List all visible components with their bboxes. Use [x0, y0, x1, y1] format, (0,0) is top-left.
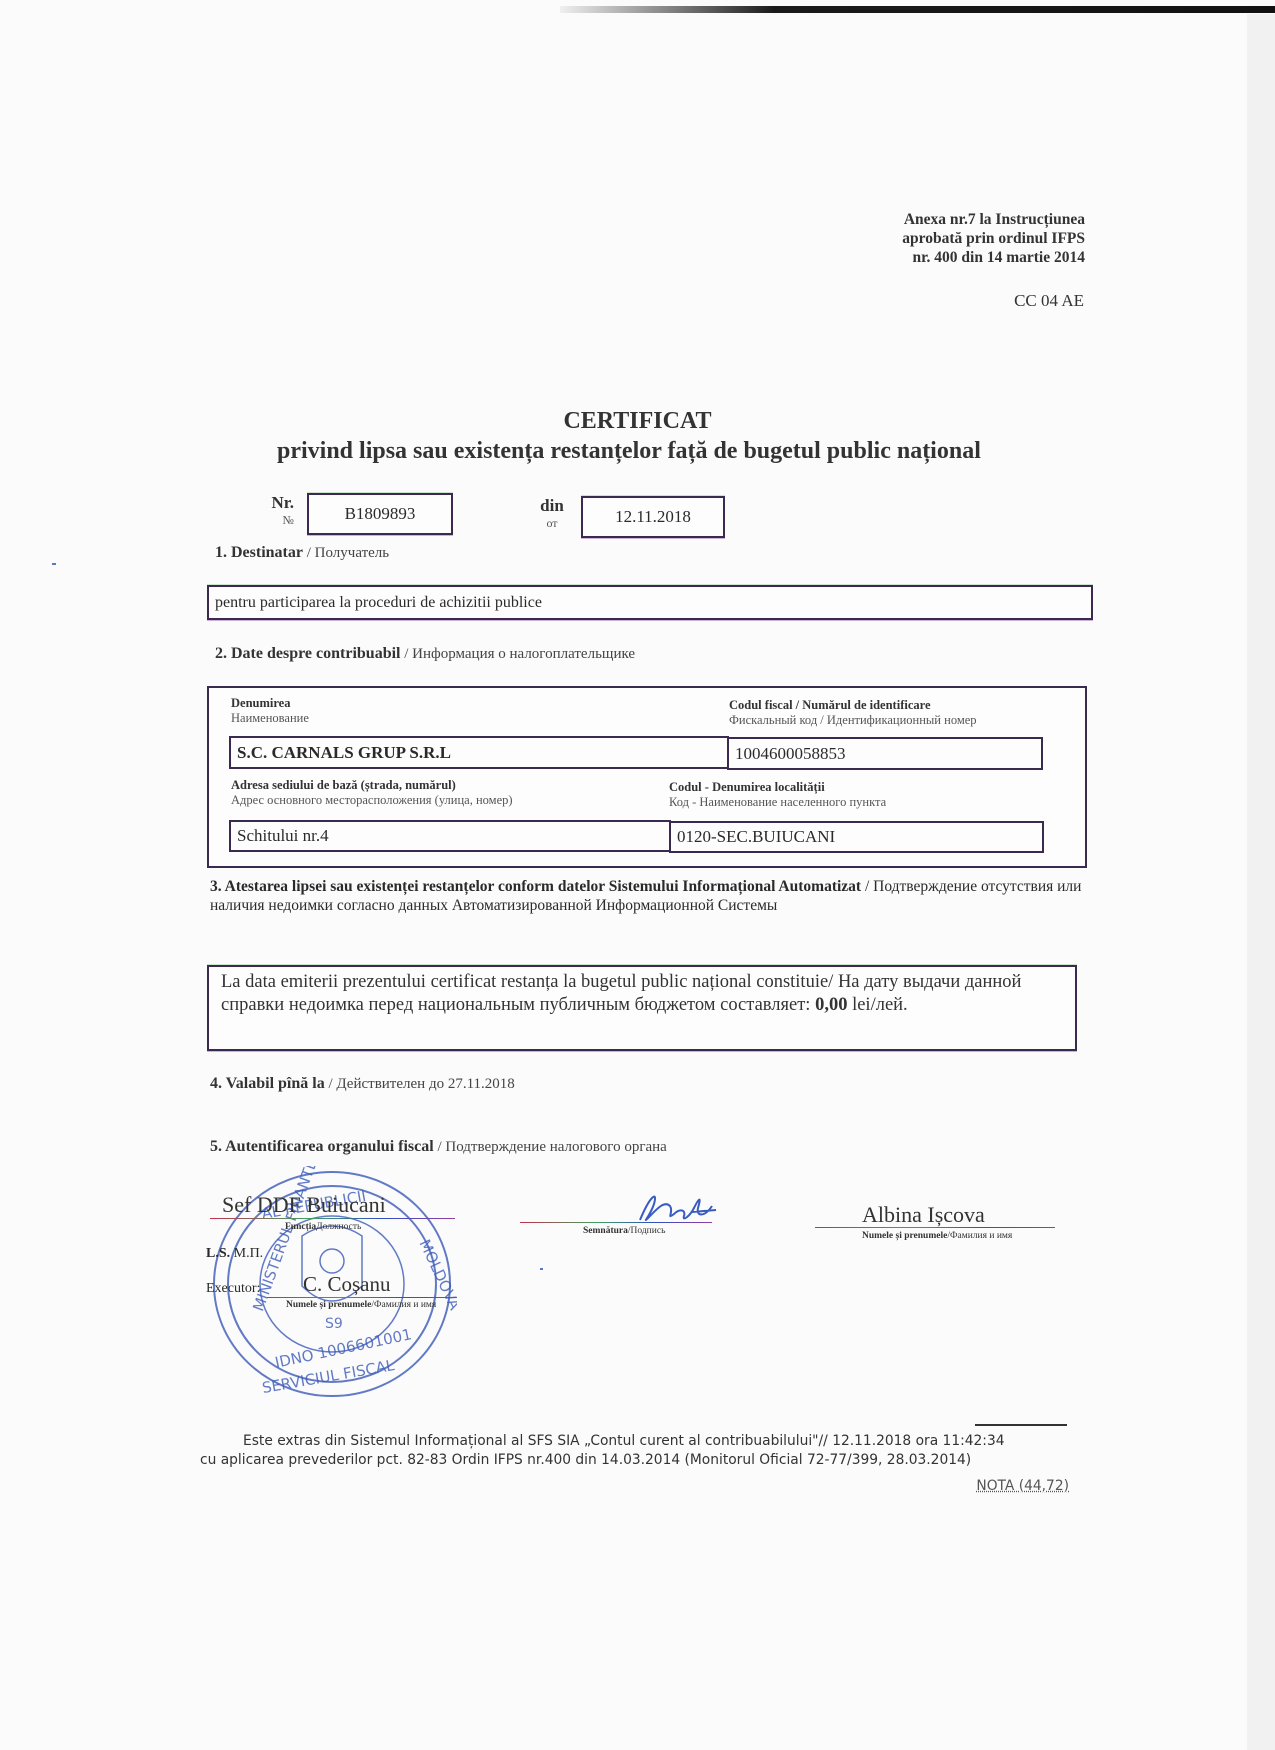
- certificate-date-field: 12.11.2018: [581, 496, 725, 538]
- arrears-amount: 0,00: [815, 995, 847, 1015]
- footer-extract-note: Este extras din Sistemul Informațional a…: [200, 1432, 1070, 1470]
- scan-margin: [1247, 14, 1275, 1750]
- official-name: Albina Ișcova: [862, 1202, 985, 1228]
- locality-label-ro: Codul - Denumirea localității: [669, 780, 886, 795]
- section-1-title-ru: / Получатель: [303, 545, 389, 561]
- section-3-title-ro: 3. Atestarea lipsei sau existenței resta…: [210, 878, 861, 895]
- official-name-line: [815, 1227, 1055, 1228]
- arrears-statement-box: La data emiterii prezentului certificat …: [207, 965, 1077, 1051]
- address-label-ru: Адрес основного месторасположения (улица…: [231, 793, 513, 808]
- number-label-ro: Nr.: [268, 493, 294, 513]
- signature-label: Semnătura/Подпись: [583, 1226, 665, 1236]
- name-label: Denumirea Наименование: [231, 696, 309, 726]
- executor-line: [267, 1297, 457, 1298]
- footer-line-1: Este extras din Sistemul Informațional a…: [200, 1432, 1070, 1451]
- annex-line-3: nr. 400 din 14 martie 2014: [902, 248, 1085, 267]
- document-title: CERTIFICAT: [0, 408, 1275, 435]
- section-2-title-ru: / Информация о налогоплательщике: [400, 646, 635, 662]
- certificate-number-field: B1809893: [307, 493, 453, 535]
- signature-label-ru: /Подпись: [628, 1226, 666, 1236]
- locality-label-ru: Код - Наименование населенного пункта: [669, 795, 886, 810]
- fiscal-code-field: 1004600058853: [727, 737, 1043, 770]
- seal-place-label: L.S. М.П.: [206, 1246, 263, 1262]
- scan-speck: [540, 1268, 543, 1270]
- section-5-title-ru: / Подтверждение налогового органа: [434, 1139, 667, 1155]
- section-4-validity: 4. Valabil pînă la / Действителен до 27.…: [210, 1075, 515, 1093]
- position-label-ru: Должность: [316, 1222, 361, 1232]
- fiscal-code-label: Codul fiscal / Numărul de identificare Ф…: [729, 698, 977, 728]
- official-name-label: Numele și prenumele/Фамилия и имя: [862, 1231, 1012, 1241]
- taxpayer-info-panel: Denumirea Наименование Codul fiscal / Nu…: [207, 686, 1087, 868]
- address-field: Schitului nr.4: [229, 820, 671, 852]
- executor-label: Executor:: [206, 1281, 260, 1297]
- executor-name-label: Numele și prenumele/Фамилия и имя: [286, 1300, 436, 1310]
- section-4-title-ru: / Действителен до 27.11.2018: [325, 1076, 515, 1092]
- executor-name-label-ru: /Фамилия и имя: [371, 1300, 436, 1310]
- name-label-ru: Наименование: [231, 711, 309, 726]
- ls-label: L.S.: [206, 1246, 230, 1261]
- fiscal-code-label-ro: Codul fiscal / Numărul de identificare: [729, 698, 977, 713]
- address-label-ro: Adresa sediului de bază (ștrada, numărul…: [231, 778, 513, 793]
- locality-label: Codul - Denumirea localității Код - Наим…: [669, 780, 886, 810]
- arrears-currency: lei/лей.: [847, 995, 907, 1015]
- fiscal-code-label-ru: Фискальный код / Идентификационный номер: [729, 713, 977, 728]
- official-name-label-ro: Numele și prenumele: [862, 1231, 947, 1241]
- section-2-title-ro: 2. Date despre contribuabil: [215, 645, 400, 662]
- form-code: CC 04 AE: [1014, 291, 1084, 311]
- annex-reference: Anexa nr.7 la Instrucțiunea aprobată pri…: [902, 210, 1085, 267]
- name-label-ro: Denumirea: [231, 696, 309, 711]
- section-1-title-ro: 1. Destinatar: [215, 544, 303, 561]
- annex-line-1: Anexa nr.7 la Instrucțiunea: [902, 210, 1085, 229]
- address-label: Adresa sediului de bază (ștrada, numărul…: [231, 778, 513, 808]
- signature-label-ro: Semnătura: [583, 1226, 628, 1236]
- number-label: Nr. №: [268, 493, 294, 528]
- section-3-heading: 3. Atestarea lipsei sau existenței resta…: [210, 877, 1090, 915]
- position-line: [210, 1218, 455, 1219]
- mp-label: М.П.: [234, 1246, 264, 1261]
- position-label-ro: Funcția: [285, 1222, 316, 1232]
- scan-speck: [52, 563, 56, 565]
- svg-text:S9: S9: [325, 1316, 343, 1332]
- section-1-heading: 1. Destinatar / Получатель: [215, 544, 389, 562]
- signature-line: [520, 1222, 712, 1223]
- scan-edge-artifact: [560, 6, 1275, 13]
- footer-rule: [975, 1424, 1067, 1426]
- locality-field: 0120-SEC.BUIUCANI: [669, 821, 1044, 853]
- company-name-field: S.C. CARNALS GRUP S.R.L: [229, 736, 729, 769]
- executor-name: C. Coșanu: [303, 1272, 391, 1297]
- section-5-title-ro: 5. Autentificarea organului fiscal: [210, 1138, 434, 1155]
- position-label: FuncțiaДолжность: [285, 1222, 361, 1232]
- number-label-ru: №: [268, 513, 294, 528]
- section-2-heading: 2. Date despre contribuabil / Информация…: [215, 645, 635, 663]
- date-label-ro: din: [536, 496, 568, 516]
- date-label-ru: от: [536, 516, 568, 531]
- annex-line-2: aprobată prin ordinul IFPS: [902, 229, 1085, 248]
- official-name-label-ru: /Фамилия и имя: [947, 1231, 1012, 1241]
- nota-reference: NOTA (44,72): [976, 1478, 1069, 1494]
- position-value: Sef DDF Buiucani: [222, 1192, 386, 1218]
- document-subtitle: privind lipsa sau existența restanțelor …: [277, 438, 981, 465]
- recipient-field: pentru participarea la proceduri de achi…: [207, 585, 1093, 620]
- footer-line-2: cu aplicarea prevederilor pct. 82-83 Ord…: [200, 1451, 1070, 1470]
- section-5-heading: 5. Autentificarea organului fiscal / Под…: [210, 1138, 667, 1156]
- executor-name-label-ro: Numele și prenumele: [286, 1300, 371, 1310]
- date-label: din от: [536, 496, 568, 531]
- section-4-title-ro: 4. Valabil pînă la: [210, 1075, 325, 1092]
